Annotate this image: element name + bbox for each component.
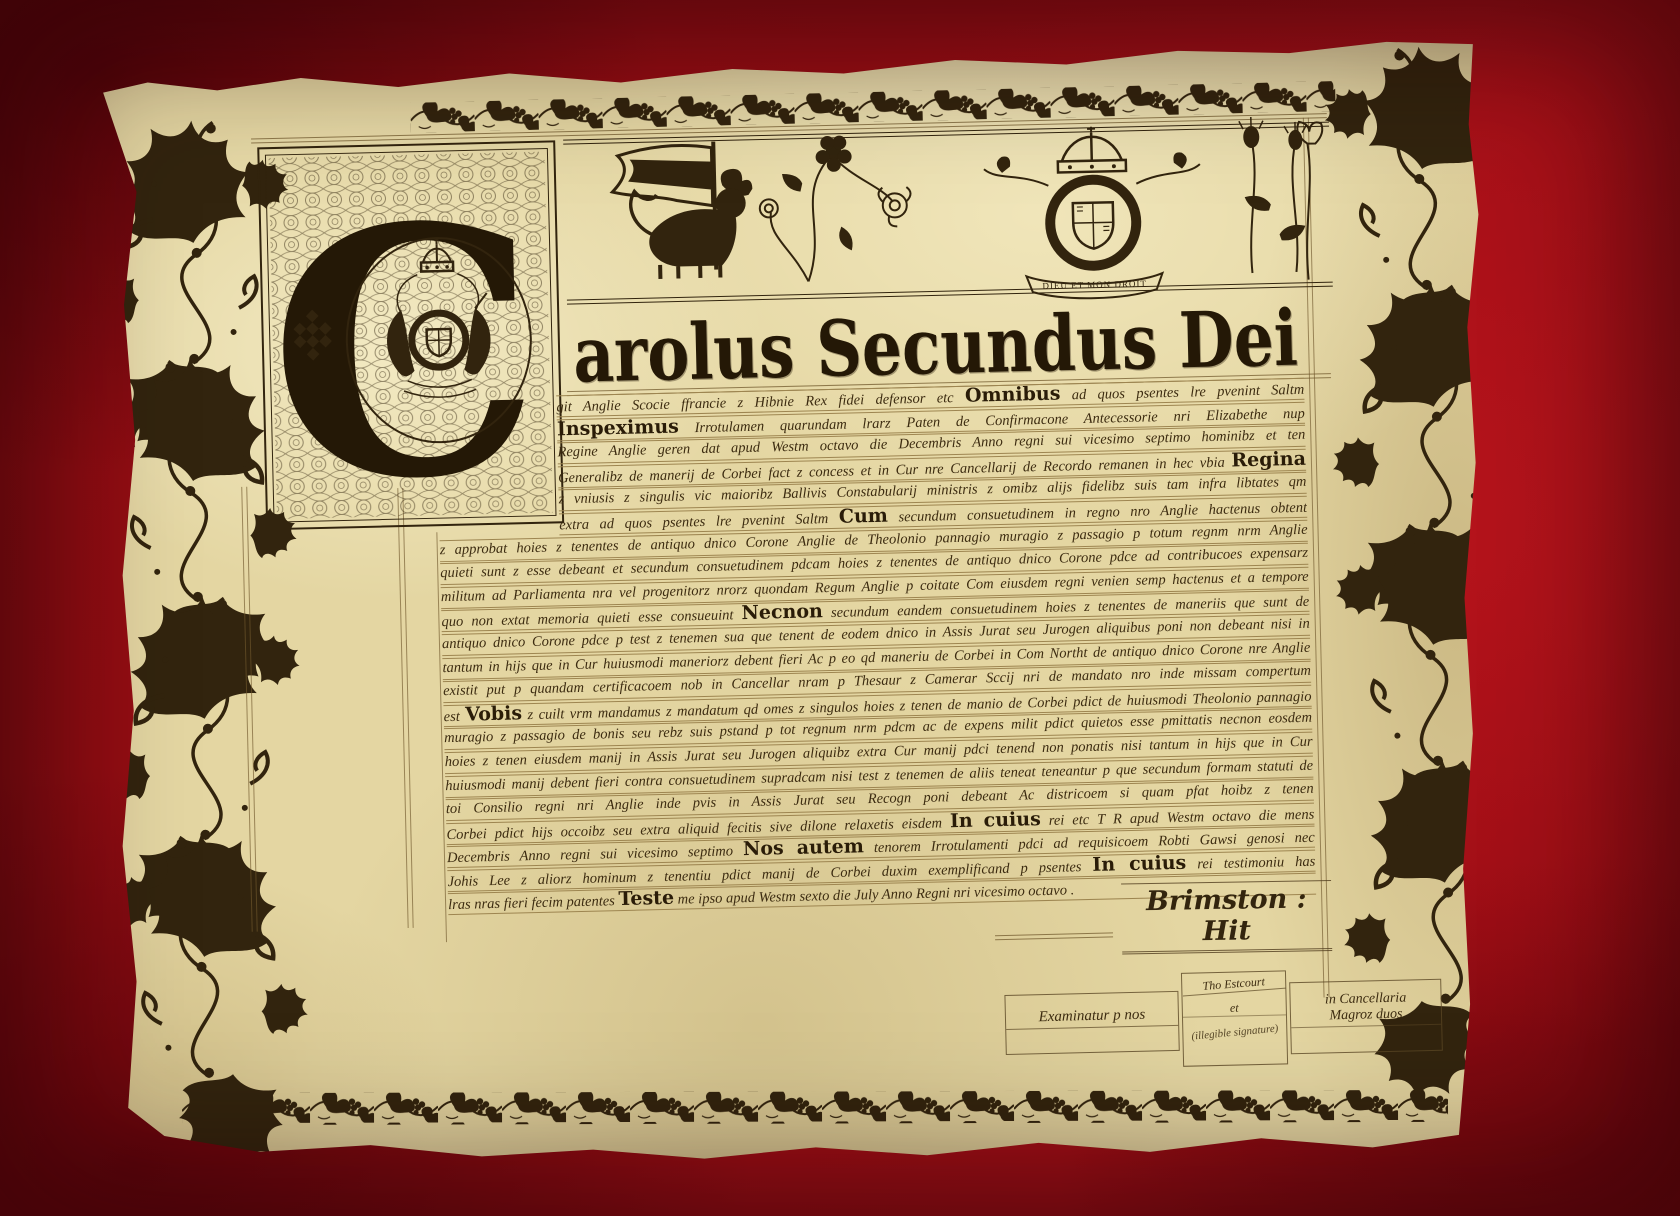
thistle-head-icon: [1284, 122, 1307, 151]
rose-outline-icon: [760, 199, 778, 217]
photo-background-red-cloth: C: [0, 0, 1680, 1216]
examiner-signature-1: Tho Estcourt: [1182, 973, 1286, 997]
thistle-head-icon: [1239, 117, 1264, 149]
ruled-line: [995, 936, 1113, 940]
chancery-box: in Cancellaria Magroz duos: [1289, 979, 1443, 1055]
carnation-icon: [1297, 121, 1326, 280]
parchment-sheet: C: [92, 34, 1484, 1162]
clerk-signature: Brimston : Hit: [1121, 880, 1332, 954]
thistle-spray-icon: [1239, 116, 1310, 274]
tudor-rose-icon: [815, 135, 852, 172]
examiner-et: et: [1183, 999, 1286, 1017]
heraldic-frieze: DIEU ET MON DROIT: [563, 119, 1333, 309]
examinatur-text: Examinatur p nos: [1006, 1006, 1178, 1030]
examiner-signature-2: (illegible signature): [1183, 1022, 1287, 1044]
charter-body-text: git Anglie Scocie ffrancie z Hibnie Rex …: [436, 377, 1316, 916]
examiners-names-box: Tho Estcourt et (illegible signature): [1181, 970, 1288, 1066]
acanthus-border-right-icon: [1327, 47, 1539, 1006]
crown-icon: [1057, 126, 1126, 173]
chancery-text-line2: Magroz duos: [1291, 1006, 1441, 1029]
examinatur-box: Examinatur p nos: [1004, 991, 1179, 1055]
ruled-line: [995, 932, 1113, 936]
grapevine-border-bottom-icon: [182, 1090, 1448, 1125]
crowned-lion-banner-icon: [611, 141, 754, 280]
garter-motto-text: DIEU ET MON DROIT: [1042, 278, 1147, 290]
rose-spray-icon: [758, 134, 912, 283]
quartered-shield-icon: [1073, 202, 1114, 249]
royal-garter-arms-icon: DIEU ET MON DROIT: [983, 124, 1203, 301]
